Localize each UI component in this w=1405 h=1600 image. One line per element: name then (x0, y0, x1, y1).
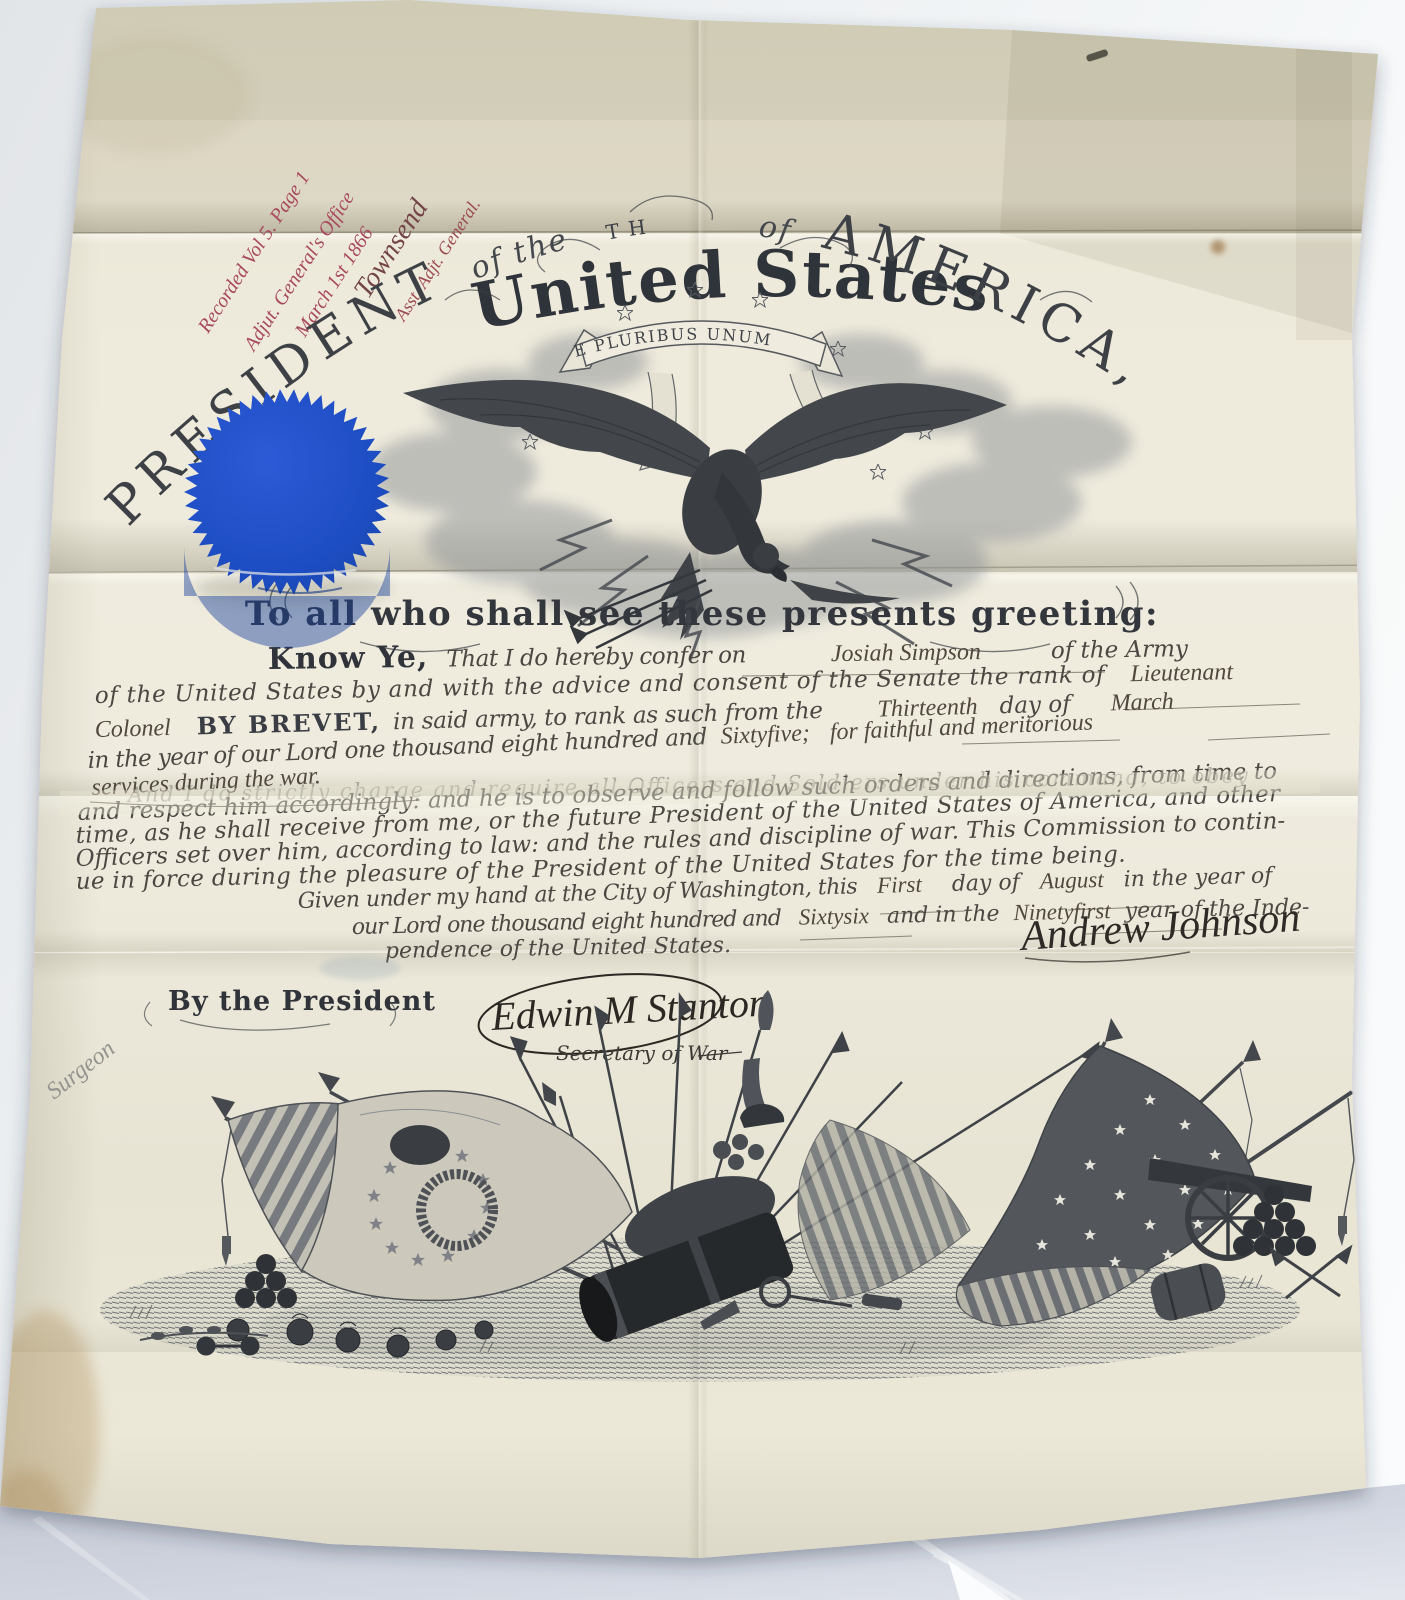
fill-rank2: Colonel (94, 715, 171, 743)
fill-test-month: August (1037, 867, 1104, 894)
secretary-title: Secretary of War (556, 1041, 729, 1065)
test-year-of: in the year of (1123, 863, 1276, 892)
test-day-of: day of (951, 870, 1023, 897)
fill-rank1: Lieutenant (1129, 659, 1235, 687)
fill-month: March (1109, 689, 1174, 717)
document-photo: Recorded Vol 5. Page 1 Adjut. General's … (0, 0, 1405, 1600)
greeting-text: To all who shall see these presents gree… (245, 594, 1159, 634)
test-and-in: and in the (887, 901, 1000, 928)
fill-name: Josiah Simpson (831, 639, 981, 667)
fur-cap (390, 1125, 450, 1165)
fill-year: Sixtyfive; (720, 720, 810, 749)
body-brevet: BY BREVET, (196, 707, 381, 741)
fill-test-year: Sixtysix (798, 903, 870, 929)
body-confer: That I do hereby confer on (446, 642, 746, 672)
fill-test-day: First (876, 872, 923, 898)
